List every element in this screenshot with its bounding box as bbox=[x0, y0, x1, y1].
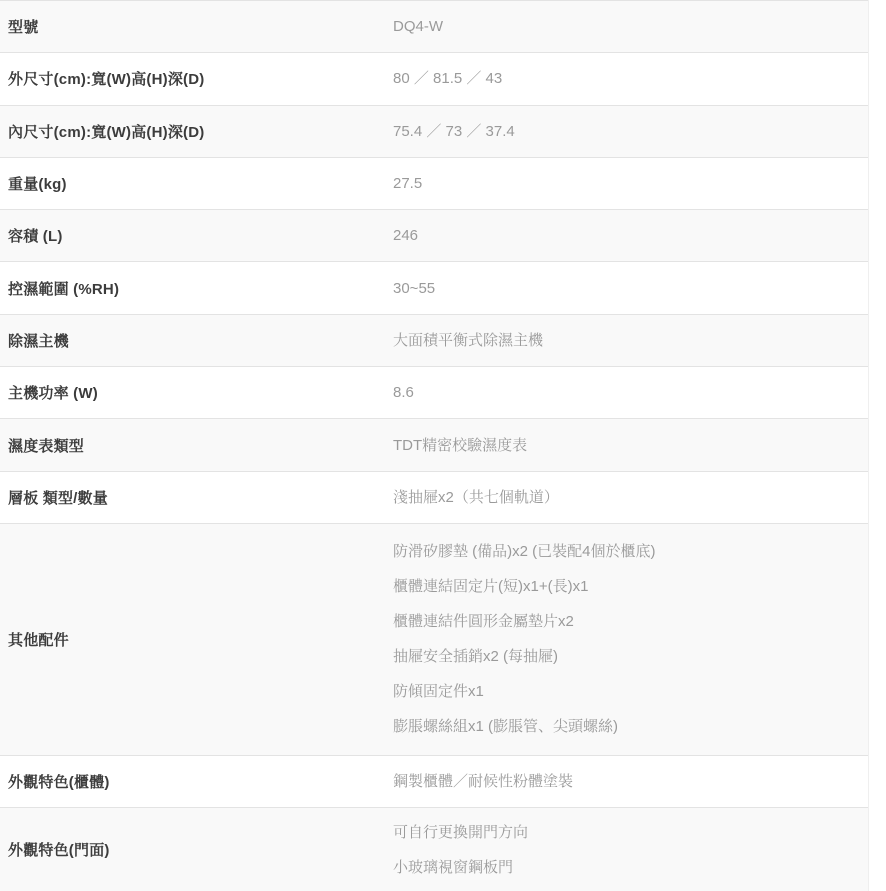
spec-values: 8.6 bbox=[393, 367, 868, 418]
table-row: 主機功率 (W) 8.6 bbox=[0, 366, 868, 418]
spec-value-line: 櫃體連結件圓形金屬墊片x2 bbox=[393, 604, 868, 639]
spec-label: 層板 類型/數量 bbox=[0, 472, 393, 523]
spec-value-line: DQ4-W bbox=[393, 9, 868, 44]
spec-value-line: 可自行更換開門方向 bbox=[393, 815, 868, 850]
spec-values: DQ4-W bbox=[393, 1, 868, 52]
spec-value-line: 80 ／ 81.5 ／ 43 bbox=[393, 61, 868, 96]
spec-value-line: 膨脹螺絲組x1 (膨脹管、尖頭螺絲) bbox=[393, 709, 868, 744]
table-row: 其他配件 防滑矽膠墊 (備品)x2 (已裝配4個於櫃底)櫃體連結固定片(短)x1… bbox=[0, 523, 868, 755]
spec-values: 淺抽屜x2（共七個軌道） bbox=[393, 472, 868, 523]
spec-label: 外尺寸(cm):寬(W)高(H)深(D) bbox=[0, 53, 393, 104]
spec-value-line: 30~55 bbox=[393, 271, 868, 306]
spec-value-line: 75.4 ／ 73 ／ 37.4 bbox=[393, 114, 868, 149]
spec-value-line: 鋼製櫃體／耐候性粉體塗裝 bbox=[393, 764, 868, 799]
spec-value-line: 小玻璃視窗鋼板門 bbox=[393, 850, 868, 885]
spec-value-line: TDT精密校驗濕度表 bbox=[393, 428, 868, 463]
spec-value-line: 246 bbox=[393, 218, 868, 253]
spec-page: 型號 DQ4-W 外尺寸(cm):寬(W)高(H)深(D) 80 ／ 81.5 … bbox=[0, 0, 886, 891]
spec-table: 型號 DQ4-W 外尺寸(cm):寬(W)高(H)深(D) 80 ／ 81.5 … bbox=[0, 0, 869, 891]
table-row: 外觀特色(櫃體) 鋼製櫃體／耐候性粉體塗裝 bbox=[0, 755, 868, 807]
spec-values: 鋼製櫃體／耐候性粉體塗裝 bbox=[393, 756, 868, 807]
spec-value-line: 抽屜安全插銷x2 (每抽屜) bbox=[393, 639, 868, 674]
spec-value-line: 防滑矽膠墊 (備品)x2 (已裝配4個於櫃底) bbox=[393, 534, 868, 569]
table-row: 型號 DQ4-W bbox=[0, 0, 868, 52]
table-row: 外尺寸(cm):寬(W)高(H)深(D) 80 ／ 81.5 ／ 43 bbox=[0, 52, 868, 104]
spec-label: 型號 bbox=[0, 1, 393, 52]
spec-value-line: 櫃體連結固定片(短)x1+(長)x1 bbox=[393, 569, 868, 604]
spec-label: 重量(kg) bbox=[0, 158, 393, 209]
spec-label: 控濕範圍 (%RH) bbox=[0, 262, 393, 313]
spec-label: 濕度表類型 bbox=[0, 419, 393, 470]
table-row: 重量(kg) 27.5 bbox=[0, 157, 868, 209]
table-row: 層板 類型/數量 淺抽屜x2（共七個軌道） bbox=[0, 471, 868, 523]
spec-value-line: 大面積平衡式除濕主機 bbox=[393, 323, 868, 358]
spec-label: 內尺寸(cm):寬(W)高(H)深(D) bbox=[0, 106, 393, 157]
spec-value-line: 27.5 bbox=[393, 166, 868, 201]
table-row: 外觀特色(門面) 可自行更換開門方向小玻璃視窗鋼板門 bbox=[0, 807, 868, 891]
spec-values: 30~55 bbox=[393, 262, 868, 313]
spec-values: 大面積平衡式除濕主機 bbox=[393, 315, 868, 366]
table-row: 濕度表類型 TDT精密校驗濕度表 bbox=[0, 418, 868, 470]
spec-label: 容積 (L) bbox=[0, 210, 393, 261]
spec-values: 防滑矽膠墊 (備品)x2 (已裝配4個於櫃底)櫃體連結固定片(短)x1+(長)x… bbox=[393, 524, 868, 755]
table-row: 控濕範圍 (%RH) 30~55 bbox=[0, 261, 868, 313]
table-row: 內尺寸(cm):寬(W)高(H)深(D) 75.4 ／ 73 ／ 37.4 bbox=[0, 105, 868, 157]
spec-label: 外觀特色(櫃體) bbox=[0, 756, 393, 807]
table-row: 除濕主機 大面積平衡式除濕主機 bbox=[0, 314, 868, 366]
table-row: 容積 (L) 246 bbox=[0, 209, 868, 261]
spec-value-line: 8.6 bbox=[393, 375, 868, 410]
spec-label: 外觀特色(門面) bbox=[0, 808, 393, 891]
spec-values: 27.5 bbox=[393, 158, 868, 209]
spec-label: 除濕主機 bbox=[0, 315, 393, 366]
spec-values: 75.4 ／ 73 ／ 37.4 bbox=[393, 106, 868, 157]
spec-label: 主機功率 (W) bbox=[0, 367, 393, 418]
spec-values: 246 bbox=[393, 210, 868, 261]
spec-value-line: 淺抽屜x2（共七個軌道） bbox=[393, 480, 868, 515]
spec-value-line: 防傾固定件x1 bbox=[393, 674, 868, 709]
spec-label: 其他配件 bbox=[0, 524, 393, 755]
spec-values: 可自行更換開門方向小玻璃視窗鋼板門 bbox=[393, 808, 868, 891]
spec-values: 80 ／ 81.5 ／ 43 bbox=[393, 53, 868, 104]
spec-values: TDT精密校驗濕度表 bbox=[393, 419, 868, 470]
